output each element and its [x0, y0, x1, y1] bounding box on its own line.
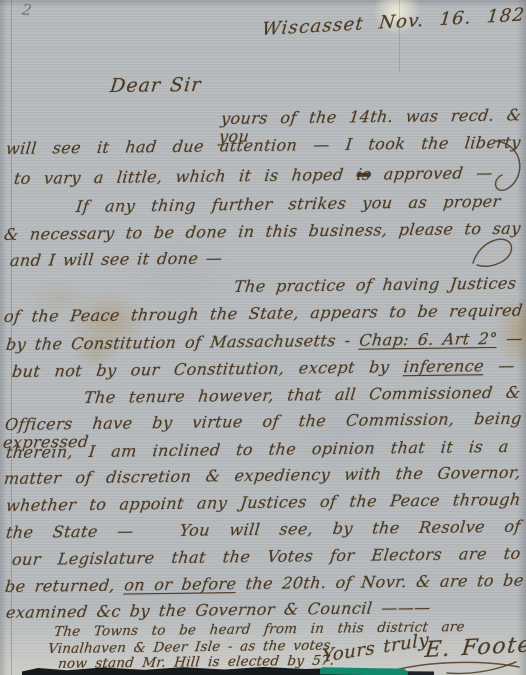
line-text: — [497, 329, 524, 348]
line-text: but not by our Constitution, except by [11, 357, 405, 381]
line-text: The tenure however, that all Commissione… [83, 383, 522, 407]
letter-line: The practice of having Justices [233, 275, 517, 297]
letter-line: will see it had due attention — I took t… [5, 134, 522, 159]
underlined-citation: Chap: 6. Art 2° [358, 329, 498, 350]
line-text: examined &c by the Governor & Council ——… [5, 598, 432, 622]
line-text: to vary a little, which it is hoped [13, 165, 358, 188]
letter-line: whether to appoint any Justices of the P… [5, 491, 522, 516]
letter-line: to vary a little, which it is hoped is a… [13, 164, 494, 188]
line-text: matter of discretion & expediency with t… [3, 463, 522, 488]
line-text: of the Peace through the State, appears … [3, 301, 524, 326]
page-number: 2 [21, 0, 33, 19]
line-text: approved — [370, 163, 494, 183]
letter-line: & necessary to be done in this business,… [3, 220, 522, 245]
underlined-phrase: on or before [123, 574, 237, 594]
line-text: whether to appoint any Justices of the P… [5, 490, 522, 515]
letter-line: The tenure however, that all Commissione… [83, 384, 522, 408]
line-text: will see it had due attention — I took t… [5, 133, 522, 158]
letter-line: If any thing further strikes you as prop… [75, 193, 502, 217]
letter-page: 2 Wiscasset Nov. 16. 1820 Dear Sir yours… [0, 0, 526, 675]
line-text: The practice of having Justices [233, 274, 518, 296]
line-text: & necessary to be done in this business,… [3, 219, 522, 244]
letter-line: by the Constitution of Massachusetts - C… [5, 330, 524, 355]
line-text: and I will see it done — [9, 248, 223, 270]
letter-line: and I will see it done — [9, 249, 223, 270]
line-text: by the Constitution of Massachusetts - [5, 331, 360, 354]
letter-line: but not by our Constitution, except by i… [11, 357, 516, 382]
line-text: the State — [5, 521, 135, 542]
letter-line: be returned, on or before the 20th. of N… [4, 572, 525, 597]
dateline: Wiscasset Nov. 16. 1820 [261, 5, 526, 41]
salutation: Dear Sir [109, 75, 203, 98]
line-text: — [483, 356, 516, 375]
letter-line: examined &c by the Governor & Council ——… [5, 599, 432, 623]
line-text: our Legislature that the Votes for Elect… [11, 544, 522, 569]
letter-line: therein, I am inclined to the opinion th… [5, 438, 510, 463]
line-text: You will see, by the Resolve of [179, 517, 522, 540]
signature: E. Foote [424, 632, 526, 663]
letter-line: of the Peace through the State, appears … [3, 302, 524, 327]
letter-line: the State —You will see, by the Resolve … [5, 518, 522, 543]
line-text: If any thing further strikes you as prop… [75, 192, 502, 216]
scan-edge-teal [320, 667, 408, 675]
line-text: the 20th. of Novr. & are to be [235, 571, 524, 594]
letter-line: our Legislature that the Votes for Elect… [11, 545, 522, 570]
line-text: be returned, [4, 576, 125, 596]
underlined-word: inference [403, 356, 485, 376]
letter-line: matter of discretion & expediency with t… [3, 464, 522, 489]
